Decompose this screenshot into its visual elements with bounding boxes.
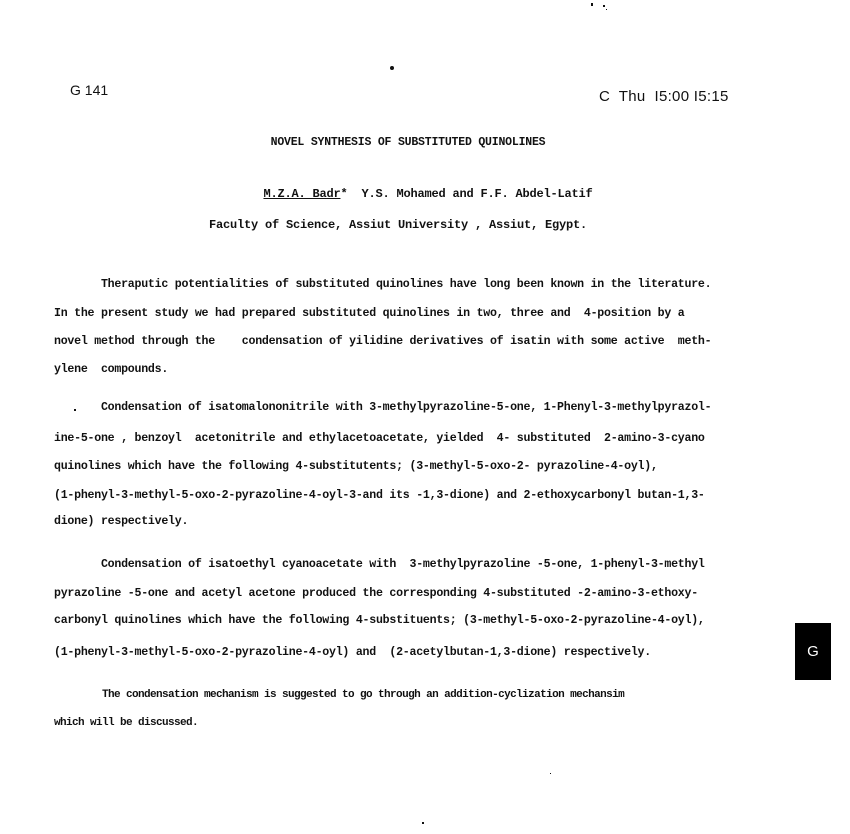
abstract-line: novel method through the condensation of… xyxy=(54,335,711,348)
abstract-line: ine-5-one , benzoyl acetonitrile and eth… xyxy=(54,432,705,445)
scan-speck xyxy=(550,773,551,774)
abstract-line: carbonyl quinolines which have the follo… xyxy=(54,614,705,627)
session-code: G 141 xyxy=(70,82,108,98)
scan-speck xyxy=(390,66,394,70)
co-authors: Y.S. Mohamed and F.F. Abdel-Latif xyxy=(347,187,592,201)
abstract-line: quinolines which have the following 4-su… xyxy=(54,460,658,473)
abstract-line: dione) respectively. xyxy=(54,515,188,528)
author-list: M.Z.A. Badr* Y.S. Mohamed and F.F. Abdel… xyxy=(0,187,850,201)
paper-title: NOVEL SYNTHESIS OF SUBSTITUTED QUINOLINE… xyxy=(0,136,816,149)
presenting-author: M.Z.A. Badr xyxy=(263,187,340,201)
abstract-line: The condensation mechanism is suggested … xyxy=(54,689,624,701)
abstract-line: Theraputic potentialities of substituted… xyxy=(54,278,711,291)
scan-speck xyxy=(606,9,607,10)
scan-speck xyxy=(74,409,76,411)
abstract-line: (1-phenyl-3-methyl-5-oxo-2-pyrazoline-4-… xyxy=(54,489,705,502)
abstract-line: (1-phenyl-3-methyl-5-oxo-2-pyrazoline-4-… xyxy=(54,646,651,659)
abstract-line: Condensation of isatoethyl cyanoacetate … xyxy=(54,558,705,571)
abstract-line: Condensation of isatomalononitrile with … xyxy=(54,401,711,414)
scan-speck xyxy=(603,5,605,7)
scan-speck xyxy=(422,822,424,824)
session-time: C Thu I5:00 I5:15 xyxy=(599,88,729,105)
abstract-line: which will be discussed. xyxy=(54,717,198,729)
abstract-line: pyrazoline -5-one and acetyl acetone pro… xyxy=(54,587,698,600)
abstract-line: ylene compounds. xyxy=(54,363,168,376)
scan-speck xyxy=(591,3,593,6)
affiliation: Faculty of Science, Assiut University , … xyxy=(0,218,796,232)
abstract-line: In the present study we had prepared sub… xyxy=(54,307,685,320)
section-tab-g: G xyxy=(795,623,831,680)
